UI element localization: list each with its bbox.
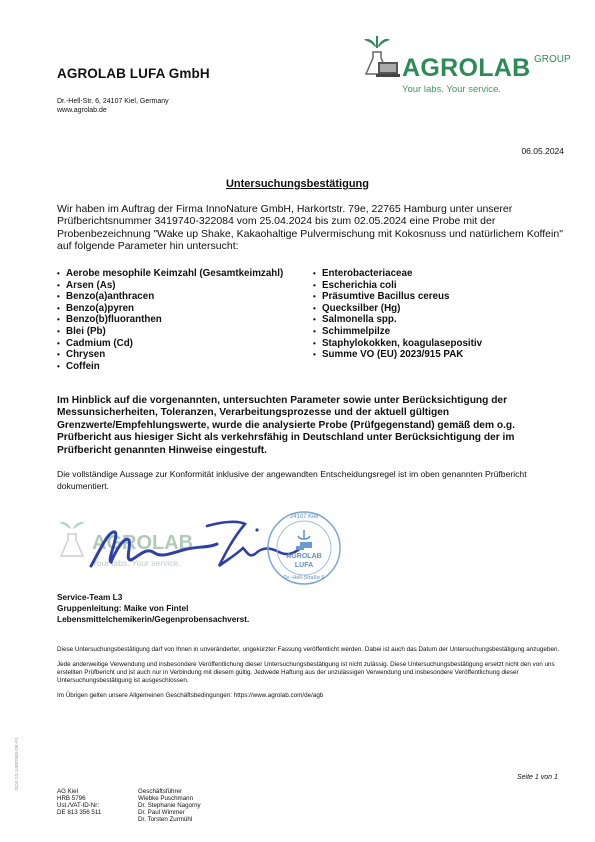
footer-line: Geschäftsführer [138,788,201,795]
parameter-item: Escherichia coli [313,280,482,292]
parameter-column-1: Aerobe mesophile Keimzahl (Gesamtkeimzah… [57,268,313,372]
parameter-item: Präsumtive Bacillus cereus [313,291,482,303]
parameter-item: Schimmelpilze [313,326,482,338]
footer-registry: AG Kiel HRB 5796 Ust./VAT-ID-Nr: DE 813 … [57,788,101,816]
footer-line: Dr. Paul Wimmer [138,809,201,816]
stamp-top-text: 24107 Kiel [266,514,342,520]
legal-publication-note: Diese Untersuchungsbestätigung darf von … [57,646,572,654]
stamp-line-1: AGROLAB [266,553,342,560]
flask-plant-icon [362,32,402,82]
footer-line: AG Kiel [57,788,101,795]
stamp-bottom-text: Dr.-Hell-Straße 6 [266,575,342,581]
company-name: AGROLAB LUFA GmbH [57,66,210,81]
service-team: Service-Team L3 [57,592,249,603]
footer-line: Wiebke Puschmann [138,795,201,802]
website: www.agrolab.de [57,107,169,116]
parameter-item: Arsen (As) [57,280,313,292]
company-stamp: 24107 Kiel AGROLAB LUFA Dr.-Hell-Straße … [266,508,342,588]
logo-group-label: GROUP [534,54,571,65]
agrolab-logo: AGROLAB GROUP Your labs. Your service. [362,32,562,102]
stamp-line-2: LUFA [266,562,342,569]
company-address: Dr.-Hell-Str. 6, 24107 Kiel, Germany www… [57,98,169,115]
footer-line: Dr. Torsten Zurmühl [138,816,201,823]
parameter-item: Benzo(a)pyren [57,303,313,315]
parameter-column-2: EnterobacteriaceaeEscherichia coliPräsum… [313,268,482,372]
logo-tagline: Your labs. Your service. [402,84,501,95]
logo-wordmark: AGROLAB [402,54,530,83]
intro-paragraph: Wir haben im Auftrag der Firma InnoNatur… [57,203,567,253]
parameter-item: Coffein [57,361,313,373]
document-date: 06.05.2024 [521,146,564,156]
parameter-item: Cadmium (Cd) [57,338,313,350]
page-indicator: Seite 1 von 1 [517,774,558,781]
signer-info: Service-Team L3 Gruppenleitung: Maike vo… [57,592,249,625]
parameter-list: Aerobe mesophile Keimzahl (Gesamtkeimzah… [57,268,577,372]
parameter-item: Enterobacteriaceae [313,268,482,280]
document-title: Untersuchungsbestätigung [0,178,595,190]
footer-line: Dr. Stephanie Nagorny [138,802,201,809]
parameter-item: Salmonella spp. [313,314,482,326]
footer-line: HRB 5796 [57,795,101,802]
parameter-item: Aerobe mesophile Keimzahl (Gesamtkeimzah… [57,268,313,280]
signer-role: Lebensmittelchemikerin/Gegenprobensachve… [57,614,249,625]
footer-management: Geschäftsführer Wiebke Puschmann Dr. Ste… [138,788,201,823]
legal-usage-note: Jede anderweitige Verwendung und insbeso… [57,661,572,686]
parameter-item: Staphylokokken, koagulasepositiv [313,338,482,350]
conclusion-paragraph: Im Hinblick auf die vorgenannten, unters… [57,395,567,457]
document-id: DOC-12-14587848-DE-P1 [14,737,19,790]
parameter-item: Benzo(a)anthracen [57,291,313,303]
address-line: Dr.-Hell-Str. 6, 24107 Kiel, Germany [57,98,169,107]
parameter-item: Benzo(b)fluoranthen [57,314,313,326]
footer-line: Ust./VAT-ID-Nr: [57,802,101,809]
parameter-item: Chrysen [57,349,313,361]
conformity-note: Die vollständige Aussage zur Konformität… [57,469,567,492]
watermark-plant-icon [57,516,91,566]
legal-notices: Diese Untersuchungsbestätigung darf von … [57,646,572,707]
parameter-item: Blei (Pb) [57,326,313,338]
footer-line: DE 813 356 511 [57,809,101,816]
legal-terms-note: Im Übrigen gelten unsere Allgemeinen Ges… [57,692,572,700]
group-lead: Gruppenleitung: Maike von Fintel [57,603,249,614]
parameter-item: Quecksilber (Hg) [313,303,482,315]
parameter-item: Summe VO (EU) 2023/915 PAK [313,349,482,361]
